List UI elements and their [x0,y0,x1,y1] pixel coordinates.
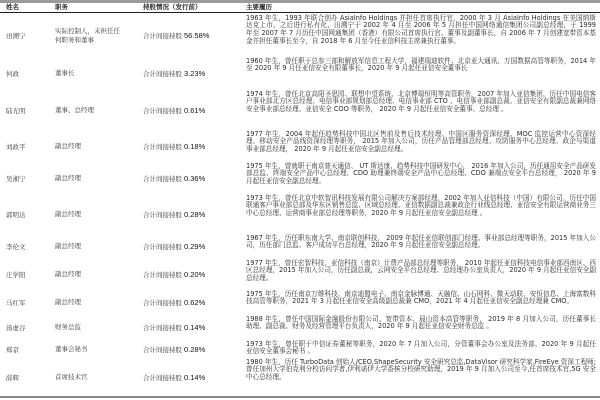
table-row: 汤虚谷 财务总监 合计间接持股0.14% 1988 年生，曾任中国国际金融股份有… [0,315,600,340]
holding-label: 合计间接持股 [143,323,182,332]
bio-text: 1973 年生，曾任职于中信证券董秘等职务，2020 年 7 月加入公司，分管董… [246,341,596,356]
bio-text: 1980 年生，历任 TurboData 创始人/CEO,ShapeSecuri… [246,359,596,382]
cell-bio: 1975 年生，曾就职于南京普天通信、 UT 斯达康、趋势科技中国研发中心， 2… [246,162,596,194]
cell-role: 董事、总经理 [55,90,135,130]
table-row: 田溯宁 实际控制人，未担任任何职务和董事 合计间接持股56.58% 1963 年… [0,14,600,57]
cell-bio: 1974 年生，曾任北京高阳圣思园、联想中望系统、北京博瑞恒明等高管职务，200… [246,90,596,130]
cell-holding: 合计间接持股0.29% [143,234,238,259]
cell-role: 副总经理 [55,259,135,290]
cell-bio: 1960 年生，曾任职于总参三部和解放军信息工程大学，福建瑞迪软件、北京亚大通讯… [246,57,596,90]
cell-name: 陆光明 [6,90,56,130]
cell-holding: 合计间接持股0.14% [143,358,238,396]
bio-text: 1975 年生，曾就职于南京普天通信、 UT 斯达康、趋势科技中国研发中心， 2… [246,163,596,186]
holding-pct: 0.29% [184,242,205,251]
holding-label: 合计间接持股 [143,373,182,382]
cell-role: 首席技术官 [55,358,135,396]
cell-role: 财务总监 [55,315,135,340]
cell-bio: 1980 年生，历任 TurboData 创始人/CEO,ShapeSecuri… [246,358,596,396]
cell-holding: 合计间接持股0.18% [143,130,238,162]
holding-pct: 0.28% [184,345,205,354]
cell-role: 董事会秘书 [55,340,135,358]
holding-label: 合计间接持股 [143,345,182,354]
cell-role: 副总经理 [55,194,135,234]
table-row: 薛辉 首席技术官 合计间接持股0.14% 1980 年生，历任 TurboDat… [0,358,600,396]
header-bio: 主要履历 [246,3,272,12]
holding-pct: 0.18% [184,142,205,151]
bio-text: 1988 年生，曾任中国国际金融股份有限公司、宽带资本、晨山资本高管等职务， 2… [246,316,596,331]
holding-pct: 3.23% [184,69,205,78]
role-text: 实际控制人，未担任任何职务和董事 [55,27,123,45]
table-row: 郑京 董事会秘书 合计间接持股0.28% 1973 年生，曾任职于中信证券董秘等… [0,340,600,358]
table-row: 刘政平 副总经理 合计间接持股0.18% 1977 年生，2004 年起任趋势科… [0,130,600,162]
cell-name: 汤虚谷 [6,315,56,340]
cell-bio: 1988 年生，曾任中国国际金融股份有限公司、宽带资本、晨山资本高管等职务， 2… [246,315,596,340]
bio-text: 1977 年生，曾任宏智科技、亚信科技（南京）计费产品部总经理等职务， 2010… [246,260,596,283]
cell-name: 田溯宁 [6,14,56,57]
table-row: 马红军 副总经理 合计间接持股0.62% 1975 年生，历任南京万维科技、南京… [0,290,600,315]
cell-holding: 合计间接持股56.58% [143,14,238,57]
cell-name: 郭明达 [6,194,56,234]
table-header: 姓名 职务 持股情况（发行前） 主要履历 [0,3,600,12]
bio-text: 1963 年生，1993 年联合创办 AsiaInfo Holdings 并担任… [246,15,596,46]
bio-text: 1973 年生，曾任北京中软智讯科技发展有限公司解决方案部经理，2002 年加入… [246,195,596,218]
holding-label: 合计间接持股 [143,242,182,251]
cell-bio: 1977 年生，曾任宏智科技、亚信科技（南京）计费产品部总经理等职务， 2010… [246,259,596,290]
holding-label: 合计间接持股 [143,298,182,307]
table-row: 李伦文 副总经理 合计间接持股0.29% 1967 年生，历任职东南大学、南京联… [0,234,600,259]
cell-bio: 1963 年生，1993 年联合创办 AsiaInfo Holdings 并担任… [246,14,596,57]
bio-text: 1977 年生，2004 年起任趋势科技中国北区售前及售后技术经理、中国区服务资… [246,131,596,154]
holding-label: 合计间接持股 [143,210,182,219]
cell-name: 薛辉 [6,358,56,396]
holding-label: 合计间接持股 [143,69,182,78]
cell-name: 刘政平 [6,130,56,162]
cell-role: 副总经理 [55,234,135,259]
table-row: 陆光明 董事、总经理 合计间接持股0.61% 1974 年生，曾任北京高阳圣思园… [0,90,600,130]
holding-pct: 56.58% [184,31,209,40]
holding-label: 合计间接持股 [143,106,182,115]
holding-label: 合计间接持股 [143,31,182,40]
table-row: 吴湘宁 副总经理 合计间接持股0.36% 1975 年生，曾就职于南京普天通信、… [0,162,600,194]
holding-pct: 0.20% [184,270,205,279]
holding-pct: 0.62% [184,298,205,307]
header-name: 姓名 [6,3,19,12]
cell-name: 郑京 [6,340,56,358]
table-bottom-rule [0,396,600,398]
cell-holding: 合计间接持股0.62% [143,290,238,315]
cell-role: 董事长 [55,57,135,90]
cell-holding: 合计间接持股0.28% [143,340,238,358]
cell-bio: 1977 年生，2004 年起任趋势科技中国北区售前及售后技术经理、中国区服务资… [246,130,596,162]
holding-pct: 0.28% [184,210,205,219]
cell-holding: 合计间接持股3.23% [143,57,238,90]
cell-role: 实际控制人，未担任任何职务和董事 [55,14,135,57]
cell-holding: 合计间接持股0.20% [143,259,238,290]
cell-bio: 1973 年生，曾任北京中软智讯科技发展有限公司解决方案部经理，2002 年加入… [246,194,596,234]
header-role: 职务 [55,3,68,12]
cell-holding: 合计间接持股0.61% [143,90,238,130]
cell-name: 吴湘宁 [6,162,56,194]
holding-pct: 0.36% [184,174,205,183]
cell-holding: 合计间接持股0.28% [143,194,238,234]
executive-table-document: 姓名 职务 持股情况（发行前） 主要履历 田溯宁 实际控制人，未担任任何职务和董… [0,0,600,400]
table-row: 庄学阳 副总经理 合计间接持股0.20% 1977 年生，曾任宏智科技、亚信科技… [0,259,600,290]
cell-role: 副总经理 [55,130,135,162]
cell-name: 李伦文 [6,234,56,259]
cell-bio: 1973 年生，曾任职于中信证券董秘等职务，2020 年 7 月加入公司，分管董… [246,340,596,358]
bio-text: 1974 年生，曾任北京高阳圣思园、联想中望系统、北京博瑞恒明等高管职务，200… [246,91,596,114]
holding-pct: 0.61% [184,106,205,115]
bio-text: 1975 年生，历任南京万维科技、南京迪盟电子、南京金脉博通、天融信、山石网科、… [246,291,596,306]
bio-text: 1960 年生，曾任职于总参三部和解放军信息工程大学，福建瑞迪软件、北京亚大通讯… [246,58,596,73]
cell-name: 马红军 [6,290,56,315]
holding-label: 合计间接持股 [143,174,182,183]
bio-text: 1967 年生，历任职东南大学、南京联创科技， 2009 年起任亚信联创部门经理… [246,235,596,250]
header-holding: 持股情况（发行前） [143,3,202,12]
holding-label: 合计间接持股 [143,270,182,279]
holding-pct: 0.14% [184,373,205,382]
holding-label: 合计间接持股 [143,142,182,151]
cell-name: 何政 [6,57,56,90]
cell-bio: 1967 年生，历任职东南大学、南京联创科技， 2009 年起任亚信联创部门经理… [246,234,596,259]
holding-pct: 0.14% [184,323,205,332]
cell-holding: 合计间接持股0.14% [143,315,238,340]
cell-name: 庄学阳 [6,259,56,290]
cell-role: 副总经理 [55,162,135,194]
table-row: 郭明达 副总经理 合计间接持股0.28% 1973 年生，曾任北京中软智讯科技发… [0,194,600,234]
cell-holding: 合计间接持股0.36% [143,162,238,194]
cell-role: 副总经理 [55,290,135,315]
header-divider [0,12,600,13]
cell-bio: 1975 年生，历任南京万维科技、南京迪盟电子、南京金脉博通、天融信、山石网科、… [246,290,596,315]
table-row: 何政 董事长 合计间接持股3.23% 1960 年生，曾任职于总参三部和解放军信… [0,57,600,90]
